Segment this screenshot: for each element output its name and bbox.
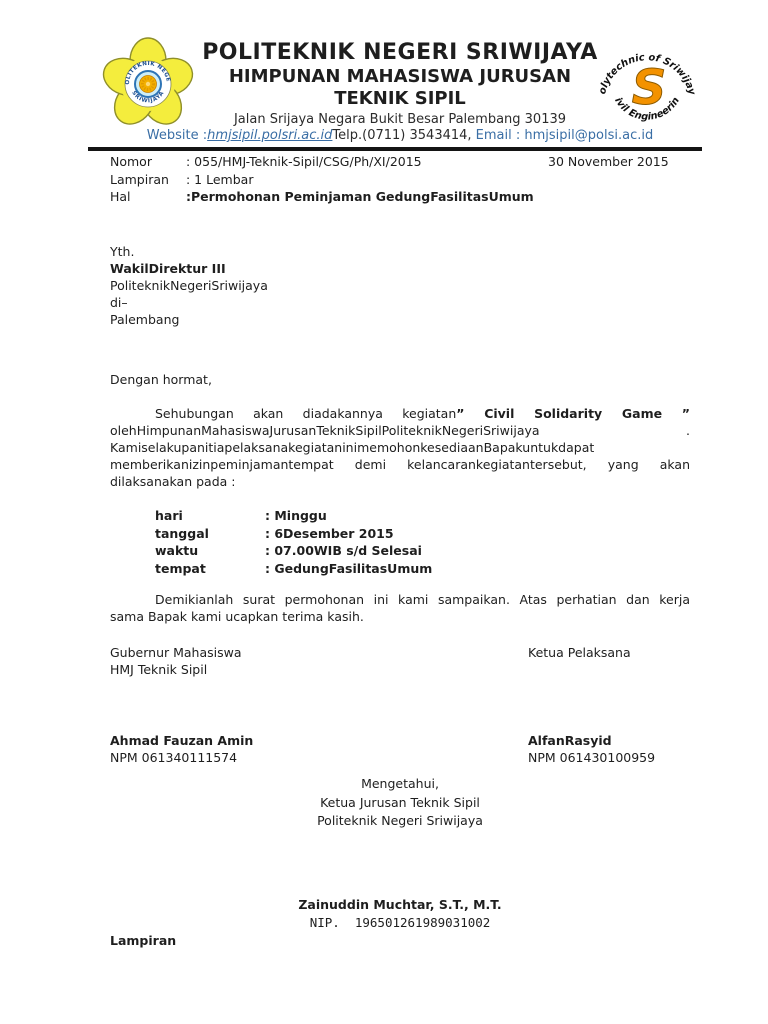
ack-signer-nip: NIP. 196501261989031002 xyxy=(110,914,690,932)
event-row-hari: hari : Minggu xyxy=(155,507,432,525)
recipient-org: PoliteknikNegeriSriwijaya xyxy=(110,277,268,294)
recipient-name: WakilDirektur III xyxy=(110,260,268,277)
nomor-label: Nomor xyxy=(110,153,186,171)
event-row-tempat: tempat : GedungFasilitasUmum xyxy=(155,560,432,578)
email-label: Email : xyxy=(476,128,525,143)
right-signer-name: AlfanRasyid xyxy=(528,733,655,750)
website-link[interactable]: hmjsipil.polsri.ac.id xyxy=(207,128,332,143)
p1-line1-normal: Sehubungan akan diadakannya kegiatan xyxy=(155,406,456,421)
ack-signer-name: Zainuddin Muchtar, S.T., M.T. xyxy=(110,896,690,914)
greeting: Dengan hormat, xyxy=(110,371,212,388)
body-paragraph-1: Sehubungan akan diadakannya kegiatan” Ci… xyxy=(110,405,690,490)
tempat-label: tempat xyxy=(155,560,265,578)
paragraph-line: Demikianlah surat permohonan ini kami sa… xyxy=(110,591,690,608)
lampiran-value: : 1 Lembar xyxy=(186,171,690,189)
right-logo-s-letter: S xyxy=(632,60,667,116)
tanggal-value: : 6Desember 2015 xyxy=(265,525,394,543)
acknowledgement-block: Mengetahui, Ketua Jurusan Teknik Sipil P… xyxy=(110,775,690,831)
recipient-block: Yth. WakilDirektur III PoliteknikNegeriS… xyxy=(110,243,268,328)
phone-number: Telp.(0711) 3543414, xyxy=(332,128,475,143)
letter-date: 30 November 2015 xyxy=(548,153,669,171)
ack-line-2: Ketua Jurusan Teknik Sipil xyxy=(110,794,690,813)
lampiran-label: Lampiran xyxy=(110,171,186,189)
website-label: Website : xyxy=(147,128,207,143)
tanggal-label: tanggal xyxy=(155,525,265,543)
hal-value: :Permohonan Peminjaman GedungFasilitasUm… xyxy=(186,188,690,206)
right-signer-block: AlfanRasyid NPM 061430100959 xyxy=(528,733,655,766)
paragraph-line: olehHimpunanMahasiswaJurusanTeknikSipilP… xyxy=(110,422,690,439)
right-signer-npm: NPM 061430100959 xyxy=(528,750,655,767)
civil-engineering-logo-icon: Polytechnic of Sriwijaya Civil Engineeri… xyxy=(597,38,697,138)
meta-row-hal: Hal :Permohonan Peminjaman GedungFasilit… xyxy=(110,188,690,206)
paragraph-line: dilaksanakan pada : xyxy=(110,473,690,490)
event-details: hari : Minggu tanggal : 6Desember 2015 w… xyxy=(155,507,432,577)
letter-meta: 30 November 2015 Nomor : 055/HMJ-Teknik-… xyxy=(110,153,690,206)
ack-line-3: Politeknik Negeri Sriwijaya xyxy=(110,812,690,831)
left-signer-role-2: HMJ Teknik Sipil xyxy=(110,661,690,678)
lampiran-footer: Lampiran xyxy=(110,933,176,948)
recipient-di: di– xyxy=(110,294,268,311)
letterhead-divider xyxy=(88,147,702,151)
paragraph-line: memberikanizinpeminjamantempat demi kela… xyxy=(110,456,690,473)
paragraph-line: sama Bapak kami ucapkan terima kasih. xyxy=(110,608,690,625)
hal-label: Hal xyxy=(110,188,186,206)
acknowledgement-signer: Zainuddin Muchtar, S.T., M.T. NIP. 19650… xyxy=(110,896,690,932)
signature-names: Ahmad Fauzan Amin NPM 061340111574 Alfan… xyxy=(110,733,690,766)
tempat-value: : GedungFasilitasUmum xyxy=(265,560,432,578)
waktu-label: waktu xyxy=(155,542,265,560)
recipient-salutation: Yth. xyxy=(110,243,268,260)
letter-page: POLITEKNIK NEGERI SRIWIJAYA POLITEKNIK N… xyxy=(0,0,768,1024)
ack-line-1: Mengetahui, xyxy=(110,775,690,794)
event-row-tanggal: tanggal : 6Desember 2015 xyxy=(155,525,432,543)
paragraph-line: Kamiselakupanitiapelaksanakegiataninimem… xyxy=(110,439,690,456)
paragraph-line: Sehubungan akan diadakannya kegiatan” Ci… xyxy=(110,405,690,422)
hari-value: : Minggu xyxy=(265,507,327,525)
hari-label: hari xyxy=(155,507,265,525)
p1-line1-event-name: ” Civil Solidarity Game ” xyxy=(456,406,690,421)
right-signer-role: Ketua Pelaksana xyxy=(528,644,631,661)
recipient-city: Palembang xyxy=(110,311,268,328)
signature-roles: Gubernur Mahasiswa HMJ Teknik Sipil Ketu… xyxy=(110,644,690,678)
event-row-waktu: waktu : 07.00WIB s/d Selesai xyxy=(155,542,432,560)
meta-row-lampiran: Lampiran : 1 Lembar xyxy=(110,171,690,189)
waktu-value: : 07.00WIB s/d Selesai xyxy=(265,542,422,560)
closing-paragraph: Demikianlah surat permohonan ini kami sa… xyxy=(110,591,690,625)
